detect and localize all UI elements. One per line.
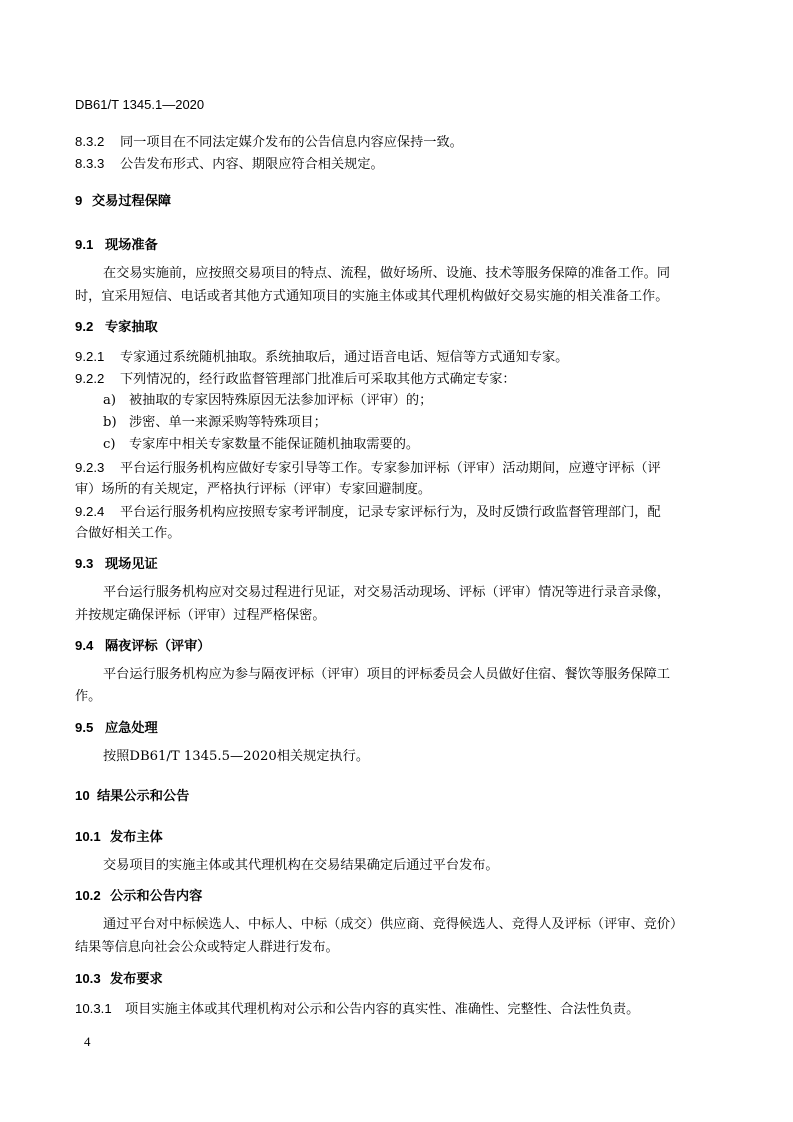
paragraph-line: 交易项目的实施主体或其代理机构在交易结果确定后通过平台发布。 — [103, 857, 499, 875]
paragraph-line: 通过平台对中标候选人、中标人、中标（成交）供应商、竞得候选人、竞得人及评标（评审… — [103, 916, 683, 934]
section-9-heading: 9交易过程保障 — [75, 192, 171, 211]
list-marker: c) — [103, 436, 129, 454]
document-id-header: DB61/T 1345.1—2020 — [75, 96, 204, 114]
list-marker: a) — [103, 392, 129, 410]
list-item-text: 被抽取的专家因特殊原因无法参加评标（评审）的； — [129, 393, 432, 408]
clause-9-2-1: 9.2.1专家通过系统随机抽取。系统抽取后，通过语音电话、短信等方式通知专家。 — [75, 348, 568, 367]
section-number: 9 — [75, 192, 92, 210]
subsection-9-3-heading: 9.3现场见证 — [75, 555, 158, 574]
clause-number: 9.2.1 — [75, 348, 120, 366]
subsection-number: 9.5 — [75, 719, 105, 737]
subsection-number: 10.3 — [75, 970, 110, 988]
section-10-heading: 10结果公示和公告 — [75, 787, 189, 806]
paragraph-line: 结果等信息向社会公众或特定人群进行发布。 — [75, 939, 339, 957]
clause-text: 公告发布形式、内容、期限应符合相关规定。 — [120, 157, 384, 172]
subsection-number: 9.4 — [75, 637, 105, 655]
subsection-9-5-heading: 9.5应急处理 — [75, 719, 158, 738]
subsection-number: 10.2 — [75, 887, 110, 905]
section-number: 10 — [75, 787, 97, 805]
clause-number: 9.2.3 — [75, 459, 120, 477]
clause-text: 专家通过系统随机抽取。系统抽取后，通过语音电话、短信等方式通知专家。 — [120, 350, 568, 365]
clause-number: 8.3.2 — [75, 133, 120, 151]
paragraph-line: 平台运行服务机构应为参与隔夜评标（评审）项目的评标委员会人员做好住宿、餐饮等服务… — [103, 666, 670, 684]
subsection-10-3-heading: 10.3发布要求 — [75, 970, 163, 989]
clause-8-3-2: 8.3.2同一项目在不同法定媒介发布的公告信息内容应保持一致。 — [75, 133, 463, 152]
subsection-9-4-heading: 9.4隔夜评标（评审） — [75, 637, 211, 656]
subsection-10-1-heading: 10.1发布主体 — [75, 828, 163, 847]
paragraph-line: 按照DB61/T 1345.5—2020相关规定执行。 — [103, 748, 369, 766]
subsection-number: 9.3 — [75, 555, 105, 573]
subsection-number: 10.1 — [75, 828, 110, 846]
clause-number: 9.2.2 — [75, 370, 120, 388]
paragraph-line: 作。 — [75, 688, 101, 706]
subsection-title: 专家抽取 — [105, 320, 158, 335]
section-title: 交易过程保障 — [92, 194, 171, 209]
paragraph-line: 平台运行服务机构应对交易过程进行见证，对交易活动现场、评标（评审）情况等进行录音… — [103, 584, 670, 602]
clause-8-3-3: 8.3.3公告发布形式、内容、期限应符合相关规定。 — [75, 155, 384, 174]
subsection-10-2-heading: 10.2公示和公告内容 — [75, 887, 202, 906]
list-item-text: 涉密、单一来源采购等特殊项目； — [129, 415, 327, 430]
clause-9-2-4: 9.2.4平台运行服务机构应按照专家考评制度，记录专家评标行为，及时反馈行政监督… — [75, 503, 661, 522]
clause-text: 下列情况的，经行政监督管理部门批准后可采取其他方式确定专家： — [120, 372, 516, 387]
subsection-title: 隔夜评标（评审） — [105, 639, 211, 654]
clause-number: 9.2.4 — [75, 503, 120, 521]
paragraph-line: 并按规定确保评标（评审）过程严格保密。 — [75, 607, 326, 625]
clause-text: 同一项目在不同法定媒介发布的公告信息内容应保持一致。 — [120, 135, 463, 150]
clause-9-2-3-cont: 审）场所的有关规定，严格执行评标（评审）专家回避制度。 — [75, 481, 431, 499]
subsection-9-1-heading: 9.1现场准备 — [75, 236, 158, 255]
clause-9-2-2: 9.2.2下列情况的，经行政监督管理部门批准后可采取其他方式确定专家： — [75, 370, 516, 389]
subsection-9-2-heading: 9.2专家抽取 — [75, 318, 158, 337]
subsection-title: 应急处理 — [105, 721, 158, 736]
clause-10-3-1: 10.3.1项目实施主体或其代理机构对公示和公告内容的真实性、准确性、完整性、合… — [75, 1000, 639, 1019]
list-item-a: a)被抽取的专家因特殊原因无法参加评标（评审）的； — [103, 392, 432, 410]
page-number: 4 — [84, 1033, 91, 1051]
clause-number: 8.3.3 — [75, 155, 120, 173]
subsection-title: 现场准备 — [105, 238, 158, 253]
clause-9-2-4-cont: 合做好相关工作。 — [75, 525, 181, 543]
section-title: 结果公示和公告 — [97, 789, 189, 804]
subsection-title: 现场见证 — [105, 557, 158, 572]
paragraph-line: 在交易实施前，应按照交易项目的特点、流程，做好场所、设施、技术等服务保障的准备工… — [103, 265, 670, 283]
clause-text: 平台运行服务机构应做好专家引导等工作。专家参加评标（评审）活动期间，应遵守评标（… — [120, 461, 661, 476]
clause-text: 项目实施主体或其代理机构对公示和公告内容的真实性、准确性、完整性、合法性负责。 — [125, 1002, 639, 1017]
subsection-title: 发布要求 — [110, 972, 163, 987]
subsection-number: 9.1 — [75, 236, 105, 254]
clause-number: 10.3.1 — [75, 1000, 125, 1018]
list-marker: b) — [103, 414, 129, 432]
paragraph-line: 时，宜采用短信、电话或者其他方式通知项目的实施主体或其代理机构做好交易实施的相关… — [75, 288, 668, 306]
list-item-c: c)专家库中相关专家数量不能保证随机抽取需要的。 — [103, 436, 419, 454]
document-page: DB61/T 1345.1—2020 8.3.2同一项目在不同法定媒介发布的公告… — [0, 0, 793, 1122]
subsection-number: 9.2 — [75, 318, 105, 336]
list-item-b: b)涉密、单一来源采购等特殊项目； — [103, 414, 327, 432]
list-item-text: 专家库中相关专家数量不能保证随机抽取需要的。 — [129, 437, 419, 452]
subsection-title: 发布主体 — [110, 830, 163, 845]
subsection-title: 公示和公告内容 — [110, 889, 202, 904]
clause-text: 平台运行服务机构应按照专家考评制度，记录专家评标行为，及时反馈行政监督管理部门，… — [120, 505, 661, 520]
clause-9-2-3: 9.2.3平台运行服务机构应做好专家引导等工作。专家参加评标（评审）活动期间，应… — [75, 459, 661, 478]
